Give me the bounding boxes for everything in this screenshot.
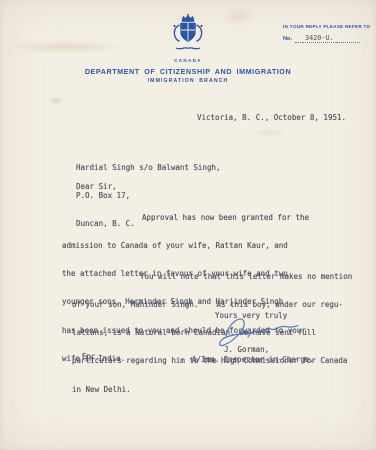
signer-title: A/Imm. Inspector-in-Charge. xyxy=(192,355,314,364)
recipient-line: Hardial Singh s/o Balwant Singh, xyxy=(76,163,221,172)
dateline: Victoria, B. C., October 8, 1951. xyxy=(197,113,346,122)
canada-crest: CANADA xyxy=(0,13,376,64)
paper-stain xyxy=(48,96,64,106)
body-line: in New Delhi. xyxy=(72,385,352,394)
letter-page: IN YOUR REPLY PLEASE REFER TO No. 3420-U… xyxy=(0,0,376,450)
body-line: admission to Canada of your wife, Rattan… xyxy=(62,241,309,250)
body-line: of your son, Mahinder Singh. As this boy… xyxy=(72,300,352,309)
enclosure-note: Enc. xyxy=(82,352,100,361)
signer-name: J. Gorman, xyxy=(224,345,269,354)
paper-stain xyxy=(250,128,290,138)
body-line: lations, is a Natural-born Canadian, we … xyxy=(72,328,352,337)
complimentary-closing: Yours very truly xyxy=(215,311,287,320)
body-line: You will note that this letter makes no … xyxy=(72,272,352,281)
body-line: Approval has now been granted for the xyxy=(62,213,309,222)
salutation: Dear Sir, xyxy=(76,182,117,191)
crest-caption: CANADA xyxy=(0,58,376,64)
branch-subtitle: IMMIGRATION BRANCH xyxy=(0,78,376,85)
paragraph-2: You will note that this letter makes no … xyxy=(72,253,352,413)
department-title: DEPARTMENT OF CITIZENSHIP AND IMMIGRATIO… xyxy=(0,67,376,76)
coat-of-arms-icon xyxy=(169,13,207,53)
